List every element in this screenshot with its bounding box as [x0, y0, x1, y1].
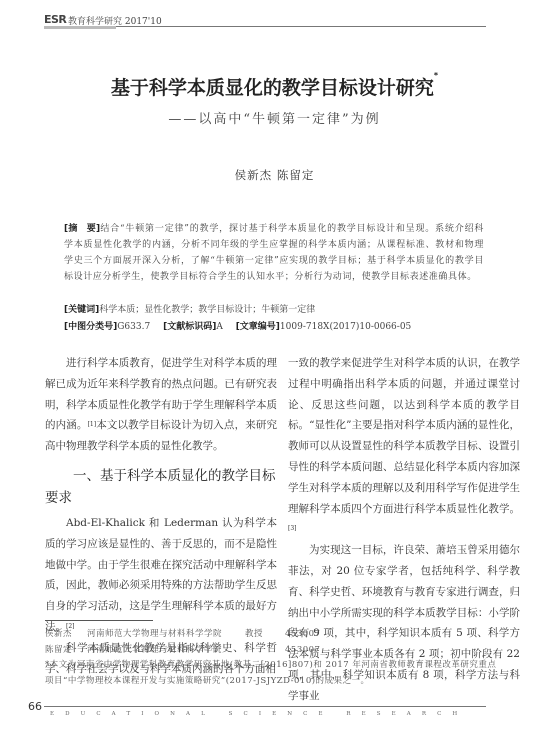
doc-code-value: A: [216, 322, 223, 332]
clc-label: [中图分类号]: [64, 322, 117, 332]
author-list: 侯新杰 陈留定: [0, 167, 549, 183]
abstract: [摘 要]结合“牛顿第一定律”的教学，探讨基于科学本质显化的教学目标设计和呈现。…: [64, 221, 484, 285]
classification-line: [中图分类号]G633.7 [文献标识码]A [文章编号]1009-718X(2…: [64, 319, 411, 332]
funding-mark: *: [434, 71, 438, 80]
doc-code-label: [文献标识码]: [163, 322, 216, 332]
author-footnote: 陈留定河南师范大学物理与材料科学学院453007: [45, 643, 505, 659]
citation: [3]: [288, 525, 297, 532]
keywords: [关键词]科学本质；显性化教学；教学目标设计；牛顿第一定律: [64, 302, 315, 315]
journal-logo: ESR: [44, 13, 66, 26]
footnote-rule: [45, 620, 153, 621]
article-number-label: [文章编号]: [236, 322, 280, 332]
abstract-text: 结合“牛顿第一定律”的教学，探讨基于科学本质显化的教学目标设计和呈现。系统介绍科…: [64, 224, 484, 282]
article-subtitle: ——以高中“牛顿第一定律”为例: [0, 108, 549, 127]
title-text: 基于科学本质显化的教学目标设计研究: [111, 77, 434, 99]
abstract-label: [摘 要]: [64, 224, 100, 234]
footer-running-text: EDUCATIONAL SCIENCE RESEARCH: [50, 711, 480, 717]
author-footnote: 侯新杰河南师范大学物理与材料科学学院教授453007: [45, 627, 505, 643]
page-number: 66: [28, 700, 42, 713]
keywords-text: 科学本质；显性化教学；教学目标设计；牛顿第一定律: [99, 305, 315, 315]
paragraph: 进行科学本质教育，促进学生对科学本质的理解已成为近年来科学教育的热点问题。已有研…: [45, 353, 277, 457]
clc-value: G633.7: [117, 322, 150, 332]
article-number-value: 1009-718X(2017)10-0066-05: [280, 322, 411, 332]
footnotes: 侯新杰河南师范大学物理与材料科学学院教授453007 陈留定河南师范大学物理与材…: [45, 627, 505, 689]
header-rule-accent: [44, 26, 116, 29]
article-title: 基于科学本质显化的教学目标设计研究*: [0, 73, 549, 100]
section-heading: 一、基于科学本质显化的教学目标 要求: [45, 465, 277, 509]
paragraph: 一致的教学来促进学生对科学本质的认识，在教学过程中明确指出科学本质的问题，并通过…: [288, 353, 520, 540]
footer-rule: [44, 706, 486, 707]
keywords-label: [关键词]: [64, 305, 99, 315]
citation: [1]: [88, 421, 97, 428]
funding-footnote: *本文为河南省中学物理学科教育教学研究基地(教基二[2016]807)和 201…: [45, 658, 505, 689]
